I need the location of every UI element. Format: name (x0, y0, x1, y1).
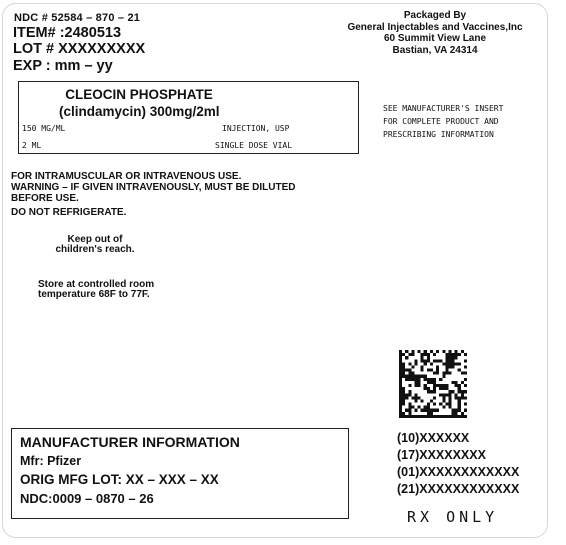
code-batch: (10)XXXXXX (397, 430, 519, 447)
code-expiry: (17)XXXXXXXX (397, 447, 519, 464)
rx-only: RX ONLY (407, 508, 498, 526)
code-gtin: (01)XXXXXXXXXXXX (397, 464, 519, 481)
storage-line: temperature 68F to 77F. (38, 290, 154, 300)
packager-company: General Injectables and Vaccines,Inc (310, 22, 560, 34)
packager-street: 60 Summit View Lane (310, 33, 560, 45)
refrigeration-warning: DO NOT REFRIGERATE. (11, 207, 295, 218)
insert-note: SEE MANUFACTURER'S INSERT FOR COMPLETE P… (383, 102, 503, 141)
drug-volume: 2 ML (22, 141, 41, 150)
packager-city: Bastian, VA 24314 (310, 45, 560, 57)
drug-name: CLEOCIN PHOSPHATE (19, 87, 259, 102)
keep-out-line: children's reach. (30, 245, 160, 255)
expiration-date: EXP : mm – yy (13, 58, 113, 74)
manufacturer-orig-lot: ORIG MFG LOT: XX – XXX – XX (20, 472, 219, 487)
drug-container-type: SINGLE DOSE VIAL (215, 141, 292, 150)
drug-dosage-form: INJECTION, USP (222, 124, 289, 133)
keep-out-of-reach: Keep out of children's reach. (30, 235, 160, 255)
packager-info: Packaged By General Injectables and Vacc… (310, 10, 560, 56)
route-of-administration: FOR INTRAMUSCULAR OR INTRAVENOUS USE. (11, 171, 295, 182)
manufacturer-title: MANUFACTURER INFORMATION (20, 434, 240, 450)
insert-note-line: SEE MANUFACTURER'S INSERT (383, 102, 503, 115)
code-serial: (21)XXXXXXXXXXXX (397, 481, 519, 498)
manufacturer-ndc: NDC:0009 – 0870 – 26 (20, 491, 154, 506)
ndc-number: NDC # 52584 – 870 – 21 (14, 12, 140, 24)
manufacturer-name: Mfr: Pfizer (20, 454, 81, 468)
drug-info-box: CLEOCIN PHOSPHATE (clindamycin) 300mg/2m… (18, 81, 359, 154)
insert-note-line: FOR COMPLETE PRODUCT AND (383, 115, 503, 128)
item-number: ITEM# :2480513 (13, 25, 121, 41)
data-matrix-icon (399, 350, 467, 418)
insert-note-line: PRESCRIBING INFORMATION (383, 128, 503, 141)
packager-heading: Packaged By (310, 10, 560, 22)
gs1-codes: (10)XXXXXX (17)XXXXXXXX (01)XXXXXXXXXXXX… (397, 430, 519, 498)
iv-warning-line: WARNING – IF GIVEN INTRAVENOUSLY, MUST B… (11, 182, 295, 193)
iv-warning-line: BEFORE USE. (11, 193, 295, 204)
manufacturer-info-box: MANUFACTURER INFORMATION Mfr: Pfizer ORI… (11, 428, 349, 519)
warnings-block: FOR INTRAMUSCULAR OR INTRAVENOUS USE. WA… (11, 171, 295, 218)
storage-instructions: Store at controlled room temperature 68F… (38, 280, 154, 300)
drug-generic-strength: (clindamycin) 300mg/2ml (59, 104, 220, 119)
drug-concentration: 150 MG/ML (22, 124, 65, 133)
lot-number: LOT # XXXXXXXXX (13, 41, 145, 57)
